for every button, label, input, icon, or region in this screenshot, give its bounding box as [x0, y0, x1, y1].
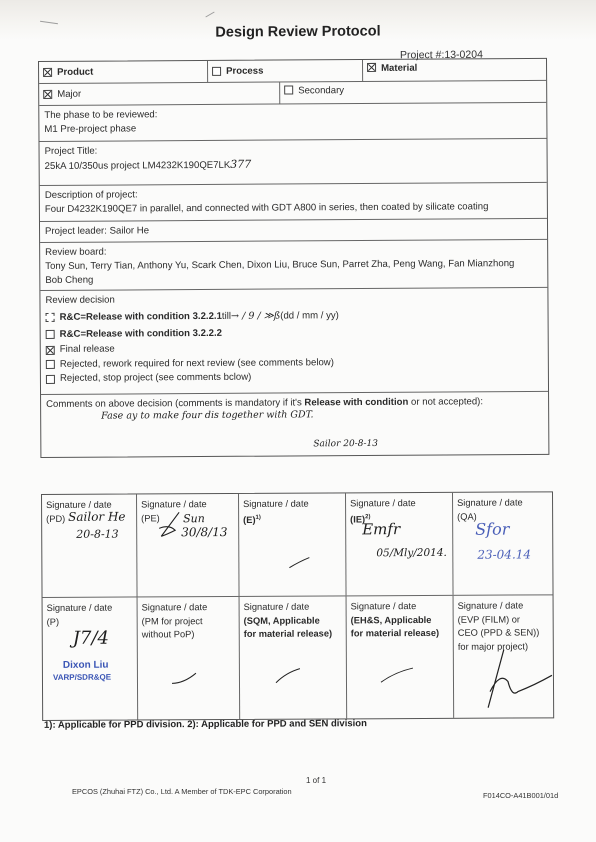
footer-company: EPCOS (Zhuhai FTZ) Co., Ltd. A Member of…	[72, 787, 292, 796]
signature-cell-evp[interactable]: Signature / date (EVP (FILM) or CEO (PPD…	[453, 595, 554, 718]
signature-row: Signature / date (PD) Sailor He 20-8-13 …	[42, 492, 553, 598]
project-title-handwritten: 377	[230, 158, 251, 171]
description-section: Description of project: Four D4232K190QE…	[40, 183, 547, 221]
signature-cell-pe[interactable]: Signature / date (PE) Sun 30/8/13	[136, 494, 239, 597]
checkbox-empty-icon[interactable]	[46, 313, 55, 322]
handwritten-signature: J7/4	[73, 632, 109, 646]
phase-value: M1 Pre-project phase	[44, 120, 541, 137]
comments-signoff: Sailor 20-8-13	[313, 437, 378, 451]
protocol-table: Product Process Material Major Secondary…	[38, 58, 549, 458]
signature-label: Signature / date	[457, 496, 548, 510]
signature-label: Signature / date	[142, 601, 235, 615]
signature-stroke	[274, 667, 302, 685]
signature-role: (PM for project	[142, 614, 235, 628]
category-label: Product	[57, 67, 93, 78]
checkbox-empty-icon[interactable]	[46, 375, 55, 384]
checkbox-empty-icon[interactable]	[212, 67, 221, 76]
signature-cell-ie[interactable]: Signature / date (IE)2) Emfr 05/Mly/2014…	[345, 493, 453, 596]
project-leader: Project leader: Sailor He	[40, 219, 547, 242]
comments-label-text: or not accepted):	[408, 396, 483, 407]
footnote: 1): Applicable for PPD division. 2): App…	[44, 718, 367, 731]
decision-option-label: R&C=Release with condition 3.2.2.2	[60, 326, 222, 341]
project-title-row: Project Title: 25kA 10/350us project LM4…	[39, 139, 546, 186]
review-board-row: Review board: Tony Sun, Terry Tian, Anth…	[40, 240, 547, 291]
category-label: Process	[226, 66, 263, 77]
checkbox-checked-icon[interactable]	[46, 346, 55, 355]
signature-label: Signature / date	[244, 600, 342, 614]
scope-major[interactable]: Major	[39, 83, 279, 105]
footnote-ref: 1)	[256, 514, 261, 520]
review-decision-row: Review decision R&C=Release with conditi…	[40, 288, 548, 395]
signature-label: Signature / date	[47, 602, 133, 616]
review-board-section: Review board: Tony Sun, Terry Tian, Anth…	[40, 240, 547, 290]
footnote-ref: 2)	[365, 514, 370, 520]
signature-cell-qa[interactable]: Signature / date (QA) Sfor 23-04.14	[452, 492, 553, 595]
handwritten-signature: Emfr	[362, 523, 400, 537]
signature-stroke	[170, 671, 198, 685]
signature-role: CEO (PPD & SEN))	[458, 626, 549, 640]
decision-option-label: R&C=Release with condition 3.2.2.1	[60, 309, 222, 324]
signature-stroke	[379, 666, 415, 684]
decision-option-label: Final release	[60, 343, 115, 357]
signature-stroke	[287, 556, 311, 570]
scope-label: Secondary	[298, 85, 344, 96]
checkbox-checked-icon[interactable]	[43, 90, 52, 99]
signature-cell-sqm[interactable]: Signature / date (SQM, Applicable for ma…	[239, 596, 347, 719]
handwritten-date: 05/Mly/2014.	[376, 547, 447, 561]
checkbox-checked-icon[interactable]	[43, 68, 52, 77]
signature-cell-pm[interactable]: Signature / date (PM for project without…	[137, 597, 240, 720]
signature-cell-e[interactable]: Signature / date (E)1)	[238, 493, 346, 596]
signature-table: Signature / date (PD) Sailor He 20-8-13 …	[41, 491, 554, 721]
category-process[interactable]: Process	[207, 60, 362, 82]
category-row: Product Process Material	[39, 59, 546, 84]
phase-section: The phase to be reviewed: M1 Pre-project…	[39, 103, 546, 141]
project-title-section: Project Title: 25kA 10/350us project LM4…	[39, 139, 546, 185]
checkbox-empty-icon[interactable]	[46, 330, 55, 339]
handwritten-date: 23-04.14	[477, 548, 531, 562]
signature-cell-pd[interactable]: Signature / date (PD) Sailor He 20-8-13	[42, 495, 137, 597]
category-material[interactable]: Material	[362, 59, 546, 81]
signature-label: Signature / date	[458, 599, 549, 613]
decision-option-stop[interactable]: Rejected, stop project (see comments bcl…	[46, 369, 543, 387]
project-title-text: 25kA 10/350us project LM4232K190QE7LK	[45, 160, 231, 172]
review-decision-section: Review decision R&C=Release with conditi…	[40, 288, 548, 394]
handwritten-date: 30/8/13	[181, 526, 227, 540]
comments-section: Comments on above decision (comments is …	[41, 392, 548, 457]
signature-role: (EVP (FILM) or	[458, 613, 549, 627]
phase-row: The phase to be reviewed: M1 Pre-project…	[39, 103, 546, 142]
signature-cell-p[interactable]: Signature / date (P) Dixon Liu VARP/SDR&…	[43, 598, 138, 720]
signature-role: for material release)	[351, 627, 449, 641]
category-label: Material	[381, 63, 417, 74]
category-product[interactable]: Product	[39, 61, 207, 83]
decision-option-label: Rejected, stop project (see comments bcl…	[60, 371, 252, 386]
description-value: Four D4232K190QE7 in parallel, and conne…	[45, 200, 542, 217]
signature-row: Signature / date (P) Dixon Liu VARP/SDR&…	[43, 595, 554, 720]
signature-role: for material release)	[244, 627, 342, 641]
scope-secondary[interactable]: Secondary	[279, 81, 546, 104]
scope-row: Major Secondary	[39, 81, 546, 106]
decision-handwritten-date: → / 9 / ≫ß	[231, 309, 280, 323]
decision-date-format: (dd / mm / yy)	[280, 309, 339, 323]
comments-row: Comments on above decision (comments is …	[41, 392, 548, 457]
signature-scribble	[474, 641, 554, 711]
comments-label-bold: Release	[304, 397, 340, 408]
checkbox-empty-icon[interactable]	[284, 85, 293, 94]
comments-label-bold: with condition	[341, 397, 409, 408]
handwritten-signature: Sailor He	[68, 511, 125, 525]
footer-form-code: F014CO-A41B001/01d	[483, 791, 558, 800]
handwritten-date: 20-8-13	[76, 528, 119, 542]
decision-option-label: Rejected, rework required for next revie…	[60, 356, 334, 372]
scope-label: Major	[57, 89, 81, 100]
signature-label: Signature / date	[351, 600, 449, 614]
handwritten-signature: Sun	[183, 512, 205, 526]
signature-label: Signature / date	[350, 497, 448, 511]
decision-till-label: till	[222, 309, 231, 323]
signature-role: (E)	[243, 514, 255, 524]
approval-stamp: VARP/SDR&QE	[53, 672, 111, 683]
approval-stamp: Dixon Liu	[63, 660, 109, 671]
signature-cell-ehs[interactable]: Signature / date (EH&S, Applicable for m…	[346, 596, 454, 719]
page-number: 1 of 1	[306, 776, 326, 785]
signature-role: without PoP)	[142, 628, 235, 642]
signature-role: (EH&S, Applicable	[351, 613, 449, 627]
checkbox-empty-icon[interactable]	[46, 360, 55, 369]
project-title-value: 25kA 10/350us project LM4232K190QE7LK377	[45, 156, 542, 174]
checkbox-checked-icon[interactable]	[367, 63, 376, 72]
handwritten-signature: Sfor	[475, 523, 509, 537]
description-row: Description of project: Four D4232K190QE…	[40, 183, 547, 222]
signature-label: Signature / date	[243, 497, 341, 511]
signature-role: (SQM, Applicable	[244, 614, 342, 628]
